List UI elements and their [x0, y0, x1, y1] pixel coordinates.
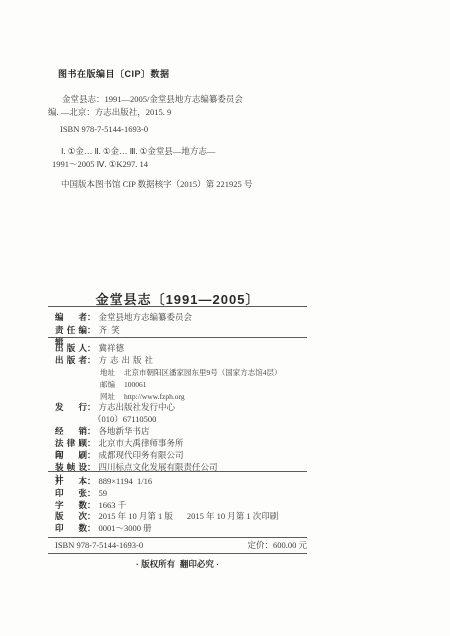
field-label: 出版者 [55, 355, 87, 367]
price: 定价：600.00 元 [247, 540, 307, 550]
field-value: 金堂县地方志编纂委员会 [99, 312, 193, 322]
divider [48, 306, 307, 307]
colon: ： [87, 523, 96, 533]
colon: ： [87, 343, 96, 353]
field-value: 0001～3000 册 [99, 523, 152, 533]
editor-section: 编者：金堂县地方志编纂委员会 责任编辑：齐 笑 [48, 309, 348, 336]
cip-class-line2: 1991～2005 Ⅳ. ①K297. 14 [48, 158, 313, 171]
edition-row: 版次：2015 年 10 月第 1 版2015 年 10 月第 1 次印刷 [48, 511, 348, 523]
field-label: 出版人 [55, 343, 87, 355]
isbn-price-row: ISBN 978-7-5144-1693-0 定价：600.00 元 [48, 540, 307, 550]
field-label: 版次 [55, 511, 87, 523]
field-value: 方志出版社发行中心 [99, 402, 176, 412]
field-label: 编者 [55, 311, 87, 324]
sheets-row: 印张：59 [48, 488, 348, 500]
format-row: 开本：889×1194 1/16 [48, 476, 348, 488]
field-label: 经销 [55, 426, 87, 438]
colon: ： [87, 476, 96, 486]
website-row: 网址http://www.fzph.org [100, 391, 348, 403]
design-row: 装帧设计：四川标点文化发展有限责任公司 [48, 462, 348, 474]
legal-counsel-row: 法律顾问：北京市大禹律师事务所 [48, 438, 348, 450]
cip-block: 图书在版编目〔CIP〕数据 金堂县志：1991—2005/金堂县地方志编纂委员会… [48, 68, 313, 191]
copyright-notice: · 版权所有 翻印必究 · [48, 558, 307, 570]
field-label: 印张 [55, 488, 87, 500]
cip-record-number: 中国版本图书馆 CIP 数据核字（2015）第 221925 号 [61, 178, 313, 191]
address-row: 地址北京市朝阳区潘家园东里9号（国家方志馆4层） [100, 367, 348, 379]
isbn-number: ISBN 978-7-5144-1693-0 [55, 540, 143, 550]
colon: ： [87, 511, 96, 521]
phone-row: （010）67110500 [90, 414, 348, 426]
cip-isbn: ISBN 978-7-5144-1693-0 [60, 123, 313, 136]
field-value: 齐 笑 [99, 325, 120, 335]
colon: ： [87, 312, 96, 322]
zipcode-row: 邮编100061 [100, 379, 348, 391]
colon: ： [87, 462, 96, 472]
phone-number: （010）67110500 [93, 414, 156, 424]
cip-classification: Ⅰ. ①金… Ⅱ. ①金… Ⅲ. ①金堂县—地方志— 1991～2005 Ⅳ. … [48, 145, 313, 171]
sub-label: 邮编 [100, 380, 115, 389]
colon: ： [87, 438, 96, 448]
field-label: 发行 [55, 402, 87, 414]
colon: ： [87, 488, 96, 498]
field-value: 方志出版社 [99, 355, 157, 365]
sub-label: 网址 [100, 392, 115, 401]
divider [48, 537, 307, 538]
cip-entry-line1: 金堂县志：1991—2005/金堂县地方志编纂委员会 [48, 93, 313, 106]
printing-value: 2015 年 10 月第 1 次印刷 [187, 511, 278, 521]
field-value: 北京市大禹律师事务所 [99, 438, 184, 448]
colon: ： [87, 402, 96, 412]
sub-value: 北京市朝阳区潘家园东里9号（国家方志馆4层） [124, 368, 282, 377]
colon: ： [87, 450, 96, 460]
wordcount-row: 字数：1663 千 [48, 500, 348, 512]
print-run-row: 印数：0001～3000 册 [48, 523, 348, 535]
publisher-section: 出版人：冀祥德 出版者：方志出版社 地址北京市朝阳区潘家园东里9号（国家方志馆4… [48, 340, 348, 474]
sub-label: 地址 [100, 368, 115, 377]
field-label: 开本 [55, 476, 87, 488]
website-url: http://www.fzph.org [124, 392, 185, 401]
colon: ： [87, 500, 96, 510]
cip-heading: 图书在版编目〔CIP〕数据 [58, 68, 313, 81]
field-value: 各地新华书店 [99, 426, 150, 436]
cip-class-line1: Ⅰ. ①金… Ⅱ. ①金… Ⅲ. ①金堂县—地方志— [48, 145, 313, 158]
colon: ： [87, 426, 96, 436]
field-value: 成都现代印务有限公司 [99, 450, 184, 460]
field-label: 字数 [55, 500, 87, 512]
colon: ： [87, 325, 96, 335]
field-value: 889×1194 1/16 [99, 476, 153, 486]
divider [48, 553, 307, 554]
editor-row: 编者：金堂县地方志编纂委员会 [48, 311, 348, 324]
cip-entry: 金堂县志：1991—2005/金堂县地方志编纂委员会 编. —北京：方志出版社，… [48, 93, 313, 119]
field-label: 印刷 [55, 450, 87, 462]
field-value: 冀祥德 [99, 343, 125, 353]
distribution-row: 发行：方志出版社发行中心 [48, 402, 348, 414]
field-value: 四川标点文化发展有限责任公司 [99, 462, 218, 472]
responsible-editor-row: 责任编辑：齐 笑 [48, 324, 348, 337]
publisher-person-row: 出版人：冀祥德 [48, 343, 348, 355]
cip-entry-line2: 编. —北京：方志出版社，2015. 9 [48, 106, 313, 119]
printer-row: 印刷：成都现代印务有限公司 [48, 450, 348, 462]
colon: ： [87, 355, 96, 365]
field-value: 59 [99, 488, 108, 498]
field-value: 1663 千 [99, 500, 127, 510]
publisher-row: 出版者：方志出版社 [48, 355, 348, 367]
copyright-page: 图书在版编目〔CIP〕数据 金堂县志：1991—2005/金堂县地方志编纂委员会… [0, 0, 450, 636]
edition-value: 2015 年 10 月第 1 版 [99, 511, 173, 521]
sub-value: 100061 [124, 380, 147, 389]
field-label: 印数 [55, 523, 87, 535]
retailer-row: 经销：各地新华书店 [48, 426, 348, 438]
printing-details-section: 开本：889×1194 1/16 印张：59 字数：1663 千 版次：2015… [48, 474, 348, 535]
